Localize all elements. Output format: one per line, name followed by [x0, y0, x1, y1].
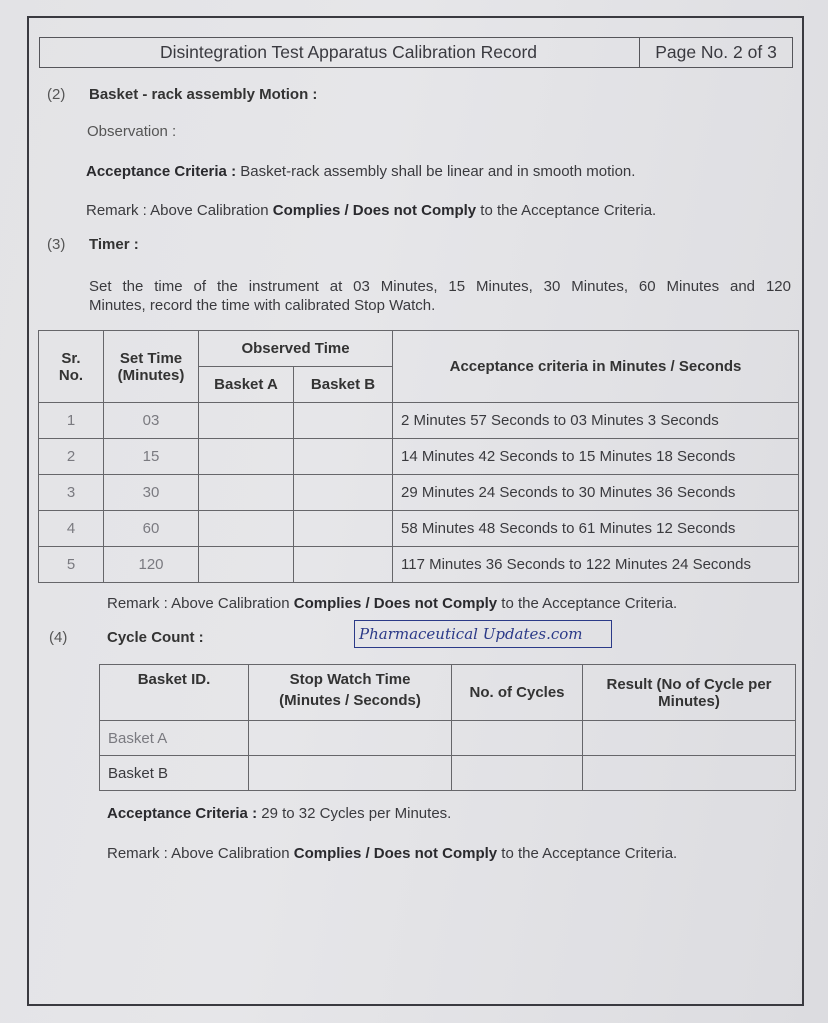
remark-options: Complies / Does not Comply	[294, 595, 497, 612]
set-time-cell: 30	[104, 475, 199, 511]
table-row: 1 03 2 Minutes 57 Seconds to 03 Minutes …	[39, 403, 799, 439]
sr-cell: 4	[39, 511, 104, 547]
section-4-number: (4)	[49, 629, 67, 646]
section-4-title: Cycle Count :	[107, 629, 204, 646]
sr-cell: 2	[39, 439, 104, 475]
cycles-entry[interactable]	[452, 721, 583, 756]
remark-suffix: to the Acceptance Criteria.	[497, 595, 677, 612]
remark-suffix: to the Acceptance Criteria.	[497, 845, 677, 862]
basket-a-entry[interactable]	[199, 547, 294, 583]
sr-no-header: Sr.No.	[39, 331, 104, 403]
criteria-label: Acceptance Criteria :	[107, 805, 257, 822]
criteria-cell: 2 Minutes 57 Seconds to 03 Minutes 3 Sec…	[393, 403, 799, 439]
document-page: Disintegration Test Apparatus Calibratio…	[0, 0, 828, 1023]
basket-b-entry[interactable]	[294, 547, 393, 583]
basket-a-header: Basket A	[199, 367, 294, 403]
section-4-criteria: Acceptance Criteria : 29 to 32 Cycles pe…	[107, 805, 451, 822]
acceptance-header: Acceptance criteria in Minutes / Seconds	[393, 331, 799, 403]
timer-instruction-line1: Set the time of the instrument at 03 Min…	[89, 278, 791, 295]
basket-a-entry[interactable]	[199, 475, 294, 511]
criteria-cell: 117 Minutes 36 Seconds to 122 Minutes 24…	[393, 547, 799, 583]
remark-prefix: Remark : Above Calibration	[107, 595, 294, 612]
table-row: 4 60 58 Minutes 48 Seconds to 61 Minutes…	[39, 511, 799, 547]
criteria-cell: 58 Minutes 48 Seconds to 61 Minutes 12 S…	[393, 511, 799, 547]
timer-table: Sr.No. Set Time(Minutes) Observed Time A…	[38, 330, 799, 583]
cycles-header: No. of Cycles	[452, 665, 583, 721]
stop-watch-entry[interactable]	[249, 756, 452, 791]
section-2-number: (2)	[47, 86, 65, 103]
handwritten-watermark: Pharmaceutical Updates.com	[354, 620, 612, 648]
record-title: Disintegration Test Apparatus Calibratio…	[40, 38, 640, 67]
stop-watch-header: Stop Watch Time(Minutes / Seconds)	[249, 665, 452, 721]
basket-a-entry[interactable]	[199, 511, 294, 547]
table-row: Basket B	[100, 756, 796, 791]
section-3-title: Timer :	[89, 236, 139, 253]
section-3-remark: Remark : Above Calibration Complies / Do…	[107, 595, 677, 612]
section-2-title: Basket - rack assembly Motion :	[89, 86, 317, 103]
remark-suffix: to the Acceptance Criteria.	[476, 202, 656, 219]
sr-cell: 5	[39, 547, 104, 583]
stop-watch-entry[interactable]	[249, 721, 452, 756]
remark-options: Complies / Does not Comply	[273, 202, 476, 219]
set-time-cell: 03	[104, 403, 199, 439]
criteria-cell: 29 Minutes 24 Seconds to 30 Minutes 36 S…	[393, 475, 799, 511]
result-entry[interactable]	[583, 756, 796, 791]
page-number: Page No. 2 of 3	[640, 38, 792, 67]
table-row: 2 15 14 Minutes 42 Seconds to 15 Minutes…	[39, 439, 799, 475]
timer-instruction-line2: Minutes, record the time with calibrated…	[89, 297, 435, 314]
remark-prefix: Remark : Above Calibration	[107, 845, 294, 862]
set-time-cell: 60	[104, 511, 199, 547]
table-row: 5 120 117 Minutes 36 Seconds to 122 Minu…	[39, 547, 799, 583]
criteria-label: Acceptance Criteria :	[86, 163, 236, 180]
result-header: Result (No of Cycle perMinutes)	[583, 665, 796, 721]
set-time-cell: 120	[104, 547, 199, 583]
basket-b-entry[interactable]	[294, 403, 393, 439]
criteria-text: Basket-rack assembly shall be linear and…	[236, 163, 635, 180]
remark-options: Complies / Does not Comply	[294, 845, 497, 862]
section-2-criteria: Acceptance Criteria : Basket-rack assemb…	[86, 163, 635, 180]
observation-label: Observation :	[87, 123, 176, 140]
set-time-header: Set Time(Minutes)	[104, 331, 199, 403]
set-time-cell: 15	[104, 439, 199, 475]
criteria-cell: 14 Minutes 42 Seconds to 15 Minutes 18 S…	[393, 439, 799, 475]
table-row: Basket A	[100, 721, 796, 756]
basket-id-cell: Basket B	[100, 756, 249, 791]
basket-b-entry[interactable]	[294, 511, 393, 547]
record-header: Disintegration Test Apparatus Calibratio…	[39, 37, 793, 68]
criteria-text: 29 to 32 Cycles per Minutes.	[257, 805, 451, 822]
section-4-remark: Remark : Above Calibration Complies / Do…	[107, 845, 677, 862]
observed-time-header: Observed Time	[199, 331, 393, 367]
sr-cell: 1	[39, 403, 104, 439]
sr-cell: 3	[39, 475, 104, 511]
basket-a-entry[interactable]	[199, 439, 294, 475]
section-3-number: (3)	[47, 236, 65, 253]
basket-id-cell: Basket A	[100, 721, 249, 756]
section-2-remark: Remark : Above Calibration Complies / Do…	[86, 202, 656, 219]
remark-prefix: Remark : Above Calibration	[86, 202, 273, 219]
cycle-count-table: Basket ID. Stop Watch Time(Minutes / Sec…	[99, 664, 796, 791]
result-entry[interactable]	[583, 721, 796, 756]
basket-b-header: Basket B	[294, 367, 393, 403]
basket-id-header: Basket ID.	[100, 665, 249, 721]
basket-a-entry[interactable]	[199, 403, 294, 439]
cycles-entry[interactable]	[452, 756, 583, 791]
table-row: 3 30 29 Minutes 24 Seconds to 30 Minutes…	[39, 475, 799, 511]
basket-b-entry[interactable]	[294, 439, 393, 475]
basket-b-entry[interactable]	[294, 475, 393, 511]
